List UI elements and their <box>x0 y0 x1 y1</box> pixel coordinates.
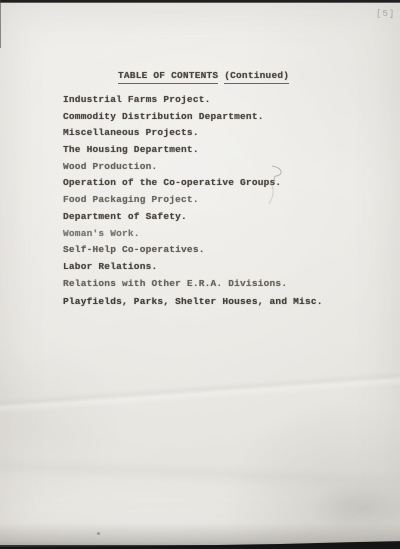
pencil-marks <box>0 2 400 547</box>
paper-page: [5] TABLE OF CONTENTS (Continued) Indust… <box>0 2 400 545</box>
scan-edge-left <box>0 0 1 48</box>
document-scan: [5] TABLE OF CONTENTS (Continued) Indust… <box>0 0 400 549</box>
scan-edge-top <box>0 0 400 3</box>
scan-background: { "page": { "corner_mark": "[5]", "headi… <box>0 0 400 549</box>
